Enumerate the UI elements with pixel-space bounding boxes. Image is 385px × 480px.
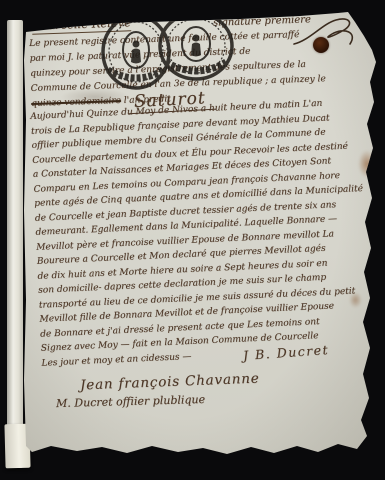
book-page-edge <box>7 20 23 468</box>
act-body: Aujourd'hui Quinze du Moy de Nivos a hui… <box>30 95 381 371</box>
manuscript-scan: Courcelle Relevé signature premiere Le p… <box>0 0 385 480</box>
signature-officer-title: M. Ducret offiier plublique <box>56 393 205 410</box>
manuscript-page: Courcelle Relevé signature premiere Le p… <box>0 0 385 480</box>
signature-witness: Jean françois Chavanne <box>80 371 260 394</box>
revenue-stamps <box>88 4 248 94</box>
paper-stain <box>358 150 376 178</box>
wax-seal-dot <box>313 37 329 53</box>
oval-ink-stamp-right-icon <box>160 7 232 79</box>
paper-stain <box>349 292 362 308</box>
